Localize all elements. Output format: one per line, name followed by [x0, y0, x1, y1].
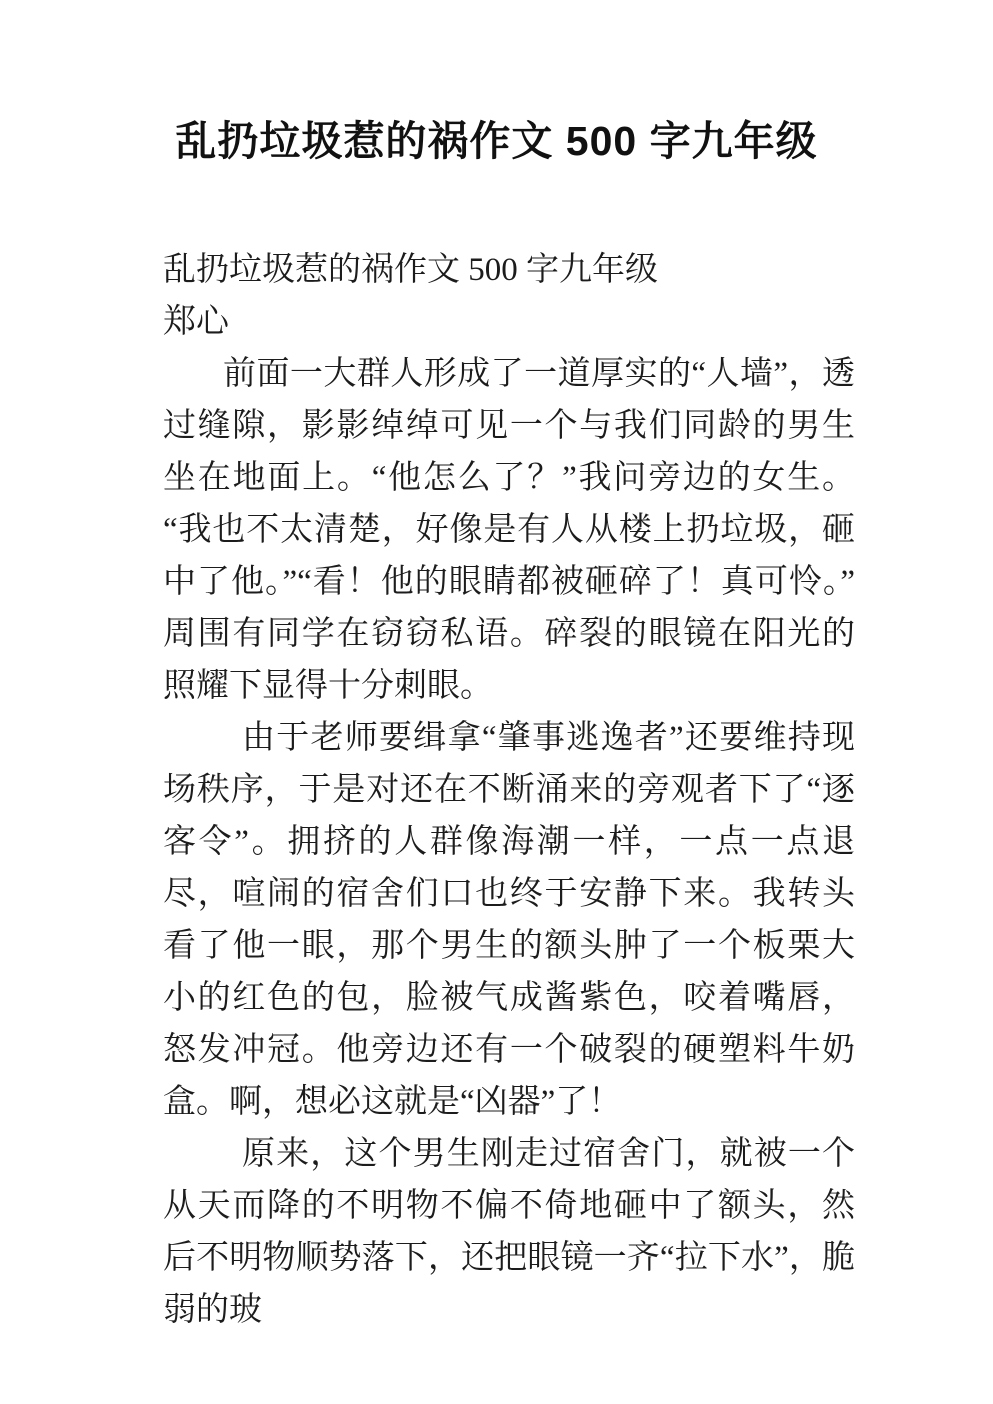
document-title: 乱扔垃圾惹的祸作文 500 字九年级: [0, 116, 993, 166]
document-body: 乱扔垃圾惹的祸作文 500 字九年级 郑心 前面一大群人形成了一道厚实的“人墙”…: [163, 244, 855, 1336]
paragraph-2: 由于老师要缉拿“肇事逃逸者”还要维持现场秩序，于是对还在不断涌来的旁观者下了“逐…: [163, 712, 855, 1128]
article-author: 郑心: [163, 296, 855, 348]
document-page: 乱扔垃圾惹的祸作文 500 字九年级 乱扔垃圾惹的祸作文 500 字九年级 郑心…: [0, 0, 993, 1404]
paragraph-1: 前面一大群人形成了一道厚实的“人墙”，透过缝隙，影影绰绰可见一个与我们同龄的男生…: [163, 348, 855, 712]
paragraph-3: 原来，这个男生刚走过宿舍门，就被一个从天而降的不明物不偏不倚地砸中了额头，然后不…: [163, 1128, 855, 1336]
article-subtitle: 乱扔垃圾惹的祸作文 500 字九年级: [163, 244, 855, 296]
